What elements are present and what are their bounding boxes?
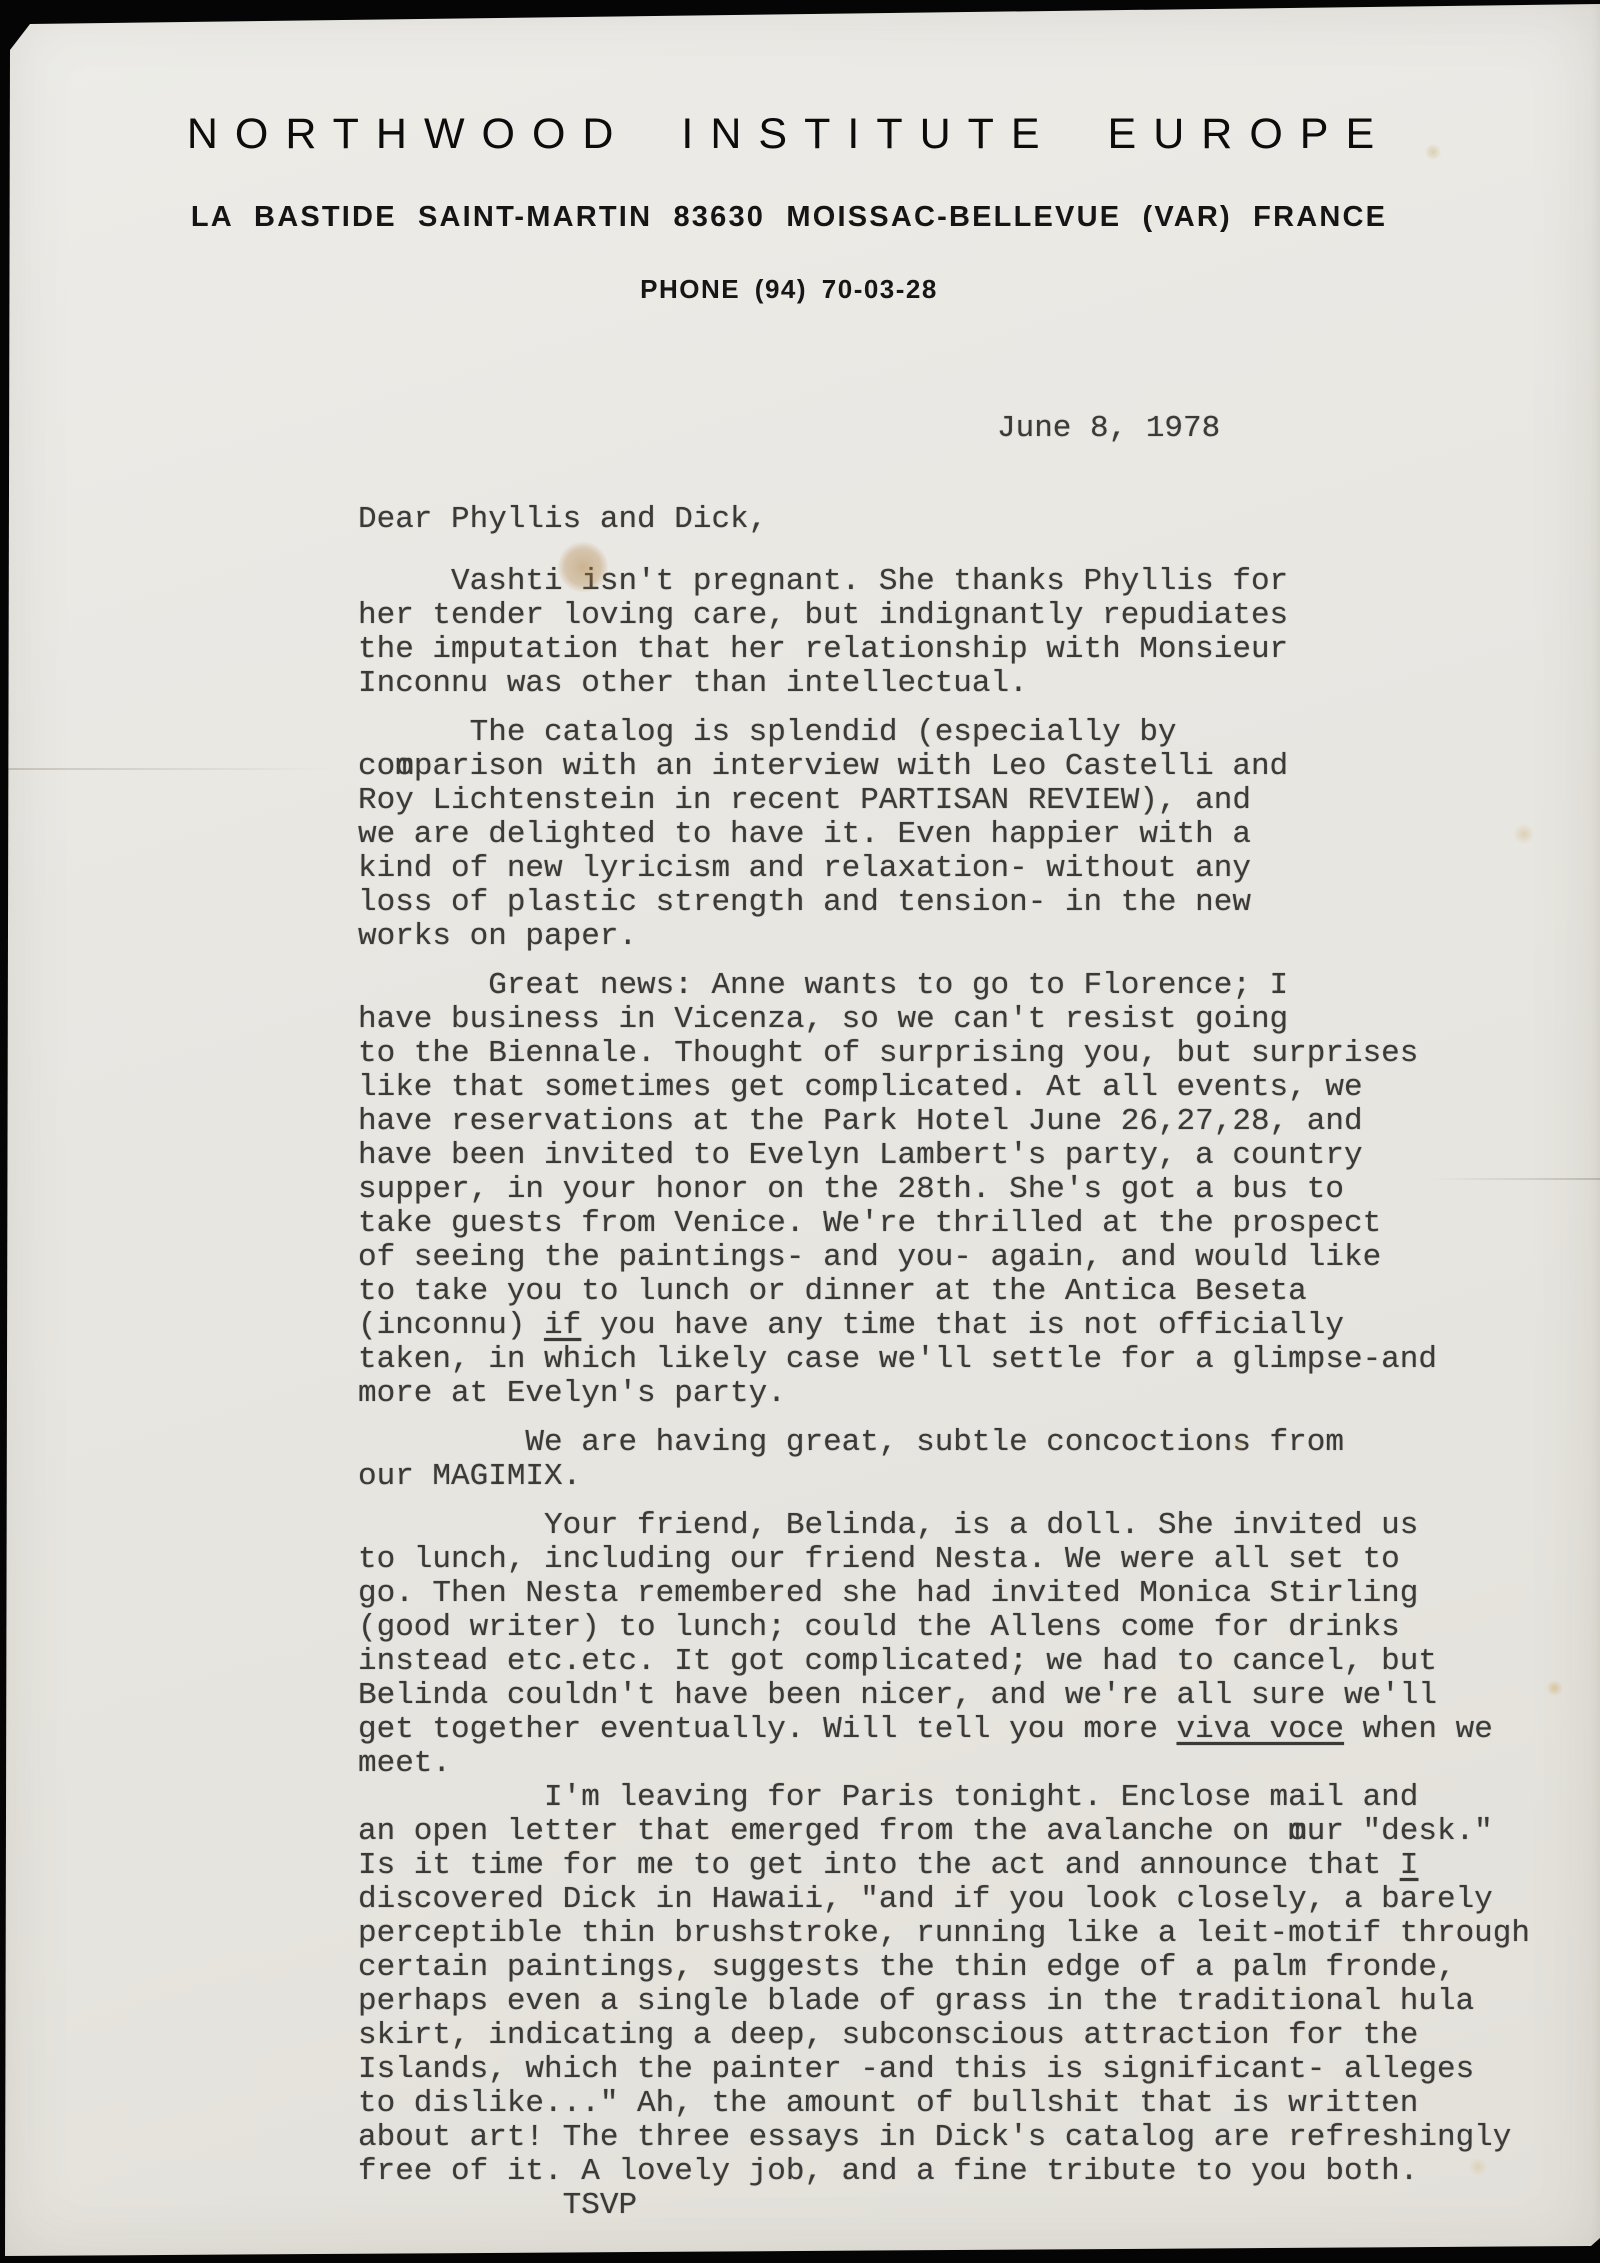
letter-line: to lunch, including our friend Nesta. We… [358,1543,1573,1577]
fold-crease [0,768,330,770]
letter-line: meet. [358,1747,1573,1781]
letter-line: have reservations at the Park Hotel June… [358,1105,1573,1139]
letter-line: more at Evelyn's party. [358,1377,1573,1411]
letter-line: supper, in your honor on the 28th. She's… [358,1173,1573,1207]
overstruck-character: mo [1288,1815,1307,1849]
letter-line: we are delighted to have it. Even happie… [358,818,1573,852]
letter-line: her tender loving care, but indignantly … [358,599,1573,633]
letter-line: Your friend, Belinda, is a doll. She inv… [358,1509,1573,1543]
letter-line: free of it. A lovely job, and a fine tri… [358,2155,1573,2189]
letter-line: comoparison with an interview with Leo C… [358,750,1573,784]
letter-line: We are having great, subtle concoctions … [358,1426,1573,1460]
letter-line: get together eventually. Will tell you m… [358,1713,1573,1747]
letterhead-title: NORTHWOOD INSTITUTE EUROPE [0,112,1578,156]
photo-frame: NORTHWOOD INSTITUTE EUROPE LA BASTIDE SA… [0,0,1600,2263]
letter-line: to dislike..." Ah, the amount of bullshi… [358,2087,1573,2121]
letterhead-address: LA BASTIDE SAINT-MARTIN 83630 MOISSAC-BE… [0,202,1578,233]
letter-line: our MAGIMIX. [358,1460,1573,1494]
letter-line: The catalog is splendid (especially by [358,716,1573,750]
letter-line: perceptible thin brushstroke, running li… [358,1917,1573,1951]
letter-line: instead etc.etc. It got complicated; we … [358,1645,1573,1679]
letterhead-phone: PHONE (94) 70-03-28 [0,275,1578,304]
letter-line: Roy Lichtenstein in recent PARTISAN REVI… [358,784,1573,818]
letter-line: certain paintings, suggests the thin edg… [358,1951,1573,1985]
letter-line: an open letter that emerged from the ava… [358,1815,1573,1849]
letter-line: taken, in which likely case we'll settle… [358,1343,1573,1377]
text-segment: parison with an interview with Leo Caste… [414,749,1288,784]
letter-line: to take you to lunch or dinner at the An… [358,1275,1573,1309]
letter-line: Belinda couldn't have been nicer, and we… [358,1679,1573,1713]
letter-line: Vashti isn't pregnant. She thanks Phylli… [358,565,1573,599]
text-segment: you have any time that is not officially [581,1308,1344,1343]
letter-line: have business in Vicenza, so we can't re… [358,1003,1573,1037]
letter-line: about art! The three essays in Dick's ca… [358,2121,1573,2155]
letter-date: June 8, 1978 [997,412,1220,446]
letter-line: of seeing the paintings- and you- again,… [358,1241,1573,1275]
letter-line: skirt, indicating a deep, subconscious a… [358,2019,1573,2053]
letter-line: discovered Dick in Hawaii, "and if you l… [358,1883,1573,1917]
letter-line: go. Then Nesta remembered she had invite… [358,1577,1573,1611]
letter-paper: NORTHWOOD INSTITUTE EUROPE LA BASTIDE SA… [0,0,1600,2263]
letter-line: Islands, which the painter -and this is … [358,2053,1573,2087]
letter-line: to the Biennale. Thought of surprising y… [358,1037,1573,1071]
letter-line: Great news: Anne wants to go to Florence… [358,969,1573,1003]
letter-line: like that sometimes get complicated. At … [358,1071,1573,1105]
letter-paragraph: Your friend, Belinda, is a doll. She inv… [358,1509,1573,1781]
letter-body: Vashti isn't pregnant. She thanks Phylli… [358,565,1573,2223]
letter-paragraph: Great news: Anne wants to go to Florence… [358,969,1573,1411]
letter-line: perhaps even a single blade of grass in … [358,1985,1573,2019]
letter-line: kind of new lyricism and relaxation- wit… [358,852,1573,886]
overstruck-character: mo [395,750,414,784]
letter-line: I'm leaving for Paris tonight. Enclose m… [358,1781,1573,1815]
text-segment: when we [1344,1712,1493,1747]
text-segment: Is it time for me to get into the act an… [358,1848,1400,1883]
underlined-phrase: viva voce [1177,1712,1344,1747]
text-segment: ur "desk." [1307,1814,1493,1849]
letter-line: Inconnu was other than intellectual. [358,667,1573,701]
letter-line: the imputation that her relationship wit… [358,633,1573,667]
letter-line: loss of plastic strength and tension- in… [358,886,1573,920]
text-segment: (inconnu) [358,1308,544,1343]
text-segment: co [358,749,395,784]
letter-line: TSVP [358,2189,1573,2223]
underlined-phrase: I [1400,1848,1419,1883]
text-segment: get together eventually. Will tell you m… [358,1712,1177,1747]
letter-line: take guests from Venice. We're thrilled … [358,1207,1573,1241]
letter-paragraph: Vashti isn't pregnant. She thanks Phylli… [358,565,1573,701]
letter-paragraph: We are having great, subtle concoctions … [358,1426,1573,1494]
letter-line: (inconnu) if you have any time that is n… [358,1309,1573,1343]
letter-paragraph: I'm leaving for Paris tonight. Enclose m… [358,1781,1573,2223]
letter-salutation: Dear Phyllis and Dick, [358,503,767,537]
letter-paragraph: The catalog is splendid (especially byco… [358,716,1573,954]
letter-line: works on paper. [358,920,1573,954]
letter-line: (good writer) to lunch; could the Allens… [358,1611,1573,1645]
letter-line: have been invited to Evelyn Lambert's pa… [358,1139,1573,1173]
text-segment: an open letter that emerged from the ava… [358,1814,1288,1849]
underlined-phrase: if [544,1308,581,1343]
letter-line: Is it time for me to get into the act an… [358,1849,1573,1883]
